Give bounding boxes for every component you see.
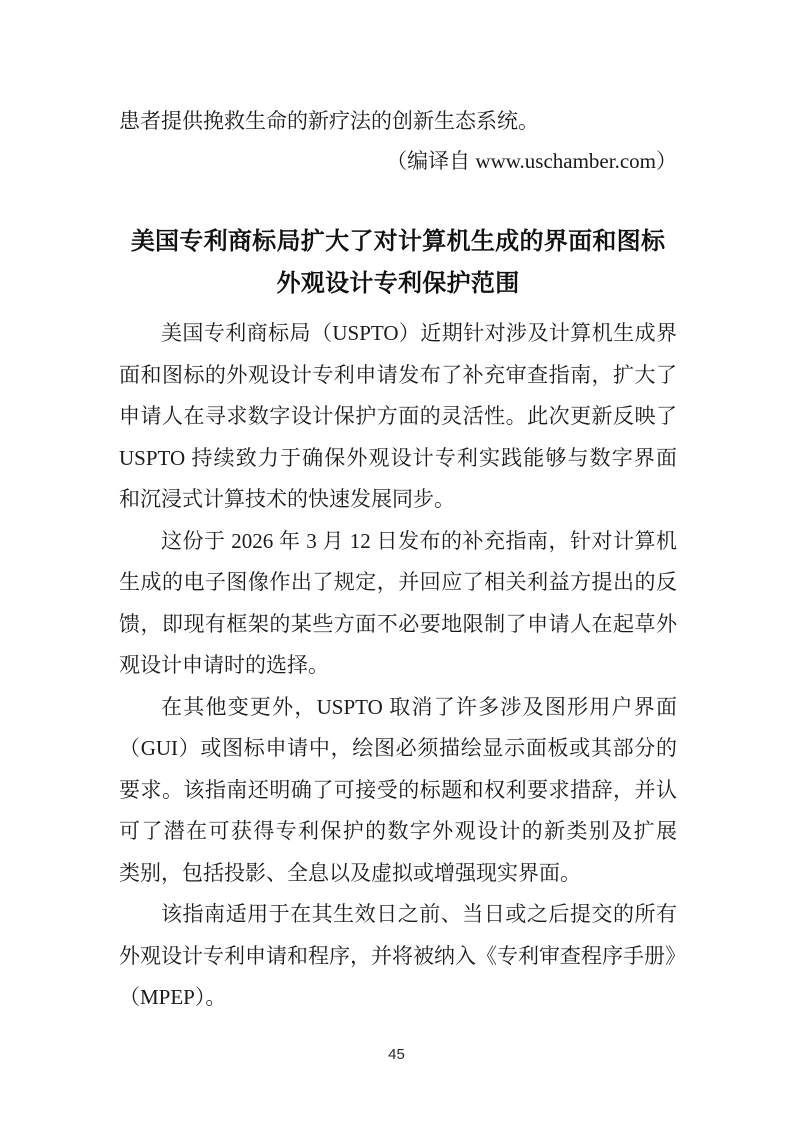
document-page: 患者提供挽救生命的新疗法的创新生态系统。 （编译自 www.uschamber.… bbox=[0, 0, 793, 1122]
article-body: 美国专利商标局（USPTO）近期针对涉及计算机生成界 面和图标的外观设计专利申请… bbox=[119, 313, 677, 1019]
body-line: （MPEP）。 bbox=[119, 977, 677, 1019]
page-number: 45 bbox=[0, 1045, 793, 1065]
body-line: 可了潜在可获得专利保护的数字外观设计的新类别及扩展 bbox=[119, 811, 677, 853]
body-line: 生成的电子图像作出了规定，并回应了相关利益方提出的反 bbox=[119, 562, 677, 604]
article-title-line-2: 外观设计专利保护范围 bbox=[119, 263, 677, 305]
body-line: 面和图标的外观设计专利申请发布了补充审查指南，扩大了 bbox=[119, 355, 677, 397]
article-title-line-1: 美国专利商标局扩大了对计算机生成的界面和图标的 bbox=[119, 221, 677, 263]
body-line: 馈，即现有框架的某些方面不必要地限制了申请人在起草外 bbox=[119, 604, 677, 646]
body-line: 外观设计专利申请和程序，并将被纳入《专利审查程序手册》 bbox=[119, 936, 677, 978]
source-attribution: （编译自 www.uschamber.com） bbox=[119, 141, 677, 183]
body-line: 观设计申请时的选择。 bbox=[119, 645, 677, 687]
body-line: 类别，包括投影、全息以及虚拟或增强现实界面。 bbox=[119, 853, 677, 895]
body-line: 这份于 2026 年 3 月 12 日发布的补充指南，针对计算机 bbox=[119, 521, 677, 563]
body-line: 要求。该指南还明确了可接受的标题和权利要求措辞，并认 bbox=[119, 770, 677, 812]
body-line: 美国专利商标局（USPTO）近期针对涉及计算机生成界 bbox=[119, 313, 677, 355]
body-line: 该指南适用于在其生效日之前、当日或之后提交的所有 bbox=[119, 894, 677, 936]
body-line: （GUI）或图标申请中，绘图必须描绘显示面板或其部分的 bbox=[119, 728, 677, 770]
body-line: USPTO 持续致力于确保外观设计专利实践能够与数字界面 bbox=[119, 438, 677, 480]
body-line: 申请人在寻求数字设计保护方面的灵活性。此次更新反映了 bbox=[119, 396, 677, 438]
body-line: 和沉浸式计算技术的快速发展同步。 bbox=[119, 479, 677, 521]
body-line: 在其他变更外，USPTO 取消了许多涉及图形用户界面 bbox=[119, 687, 677, 729]
previous-article-closing-line: 患者提供挽救生命的新疗法的创新生态系统。 bbox=[119, 101, 677, 143]
